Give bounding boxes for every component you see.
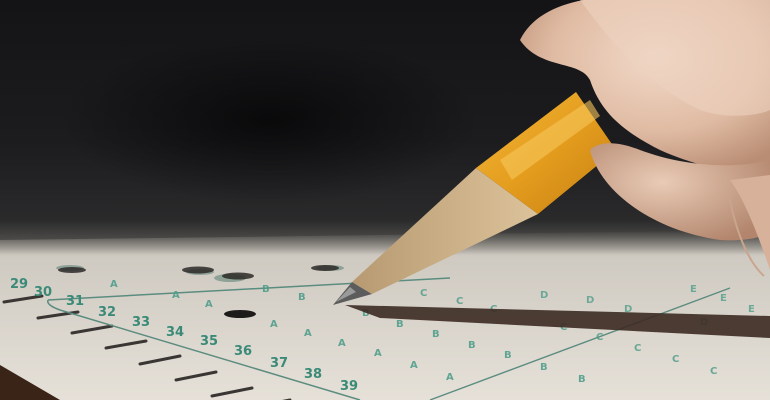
svg-text:B: B (504, 350, 512, 361)
svg-text:C: C (710, 366, 717, 377)
svg-text:C: C (672, 354, 679, 365)
svg-text:C: C (420, 288, 427, 299)
svg-text:E: E (720, 293, 727, 304)
svg-text:33: 33 (132, 315, 150, 330)
svg-text:A: A (172, 290, 180, 301)
svg-text:36: 36 (234, 344, 252, 359)
svg-text:38: 38 (304, 367, 322, 382)
svg-text:B: B (540, 362, 548, 373)
svg-text:B: B (578, 374, 586, 385)
svg-text:A: A (110, 279, 118, 290)
svg-text:A: A (374, 348, 382, 359)
svg-text:31: 31 (66, 294, 84, 309)
svg-text:B: B (396, 319, 404, 330)
svg-text:A: A (270, 319, 278, 330)
svg-text:B: B (298, 292, 306, 303)
svg-text:B: B (262, 284, 270, 295)
svg-text:30: 30 (34, 285, 52, 300)
svg-text:39: 39 (340, 379, 358, 394)
svg-text:34: 34 (166, 325, 184, 340)
svg-text:35: 35 (200, 334, 218, 349)
svg-text:A: A (205, 299, 213, 310)
svg-text:B: B (468, 340, 476, 351)
svg-text:A: A (304, 328, 312, 339)
photo-scene: 29 30 31 32 33 34 35 36 37 38 39 A A A A… (0, 0, 770, 400)
svg-text:D: D (540, 290, 548, 301)
svg-text:E: E (748, 304, 755, 315)
svg-text:A: A (410, 360, 418, 371)
svg-text:C: C (634, 343, 641, 354)
filled-answer-bubble (224, 310, 256, 318)
svg-text:D: D (586, 295, 594, 306)
svg-text:E: E (690, 284, 697, 295)
svg-text:A: A (338, 338, 346, 349)
svg-text:37: 37 (270, 356, 288, 371)
svg-text:C: C (596, 332, 603, 343)
answer-sheet-illustration: 29 30 31 32 33 34 35 36 37 38 39 A A A A… (0, 0, 770, 400)
svg-text:C: C (456, 296, 463, 307)
question-number-29: 29 (10, 277, 28, 292)
svg-text:B: B (432, 329, 440, 340)
svg-text:A: A (446, 372, 454, 383)
svg-text:32: 32 (98, 305, 116, 320)
